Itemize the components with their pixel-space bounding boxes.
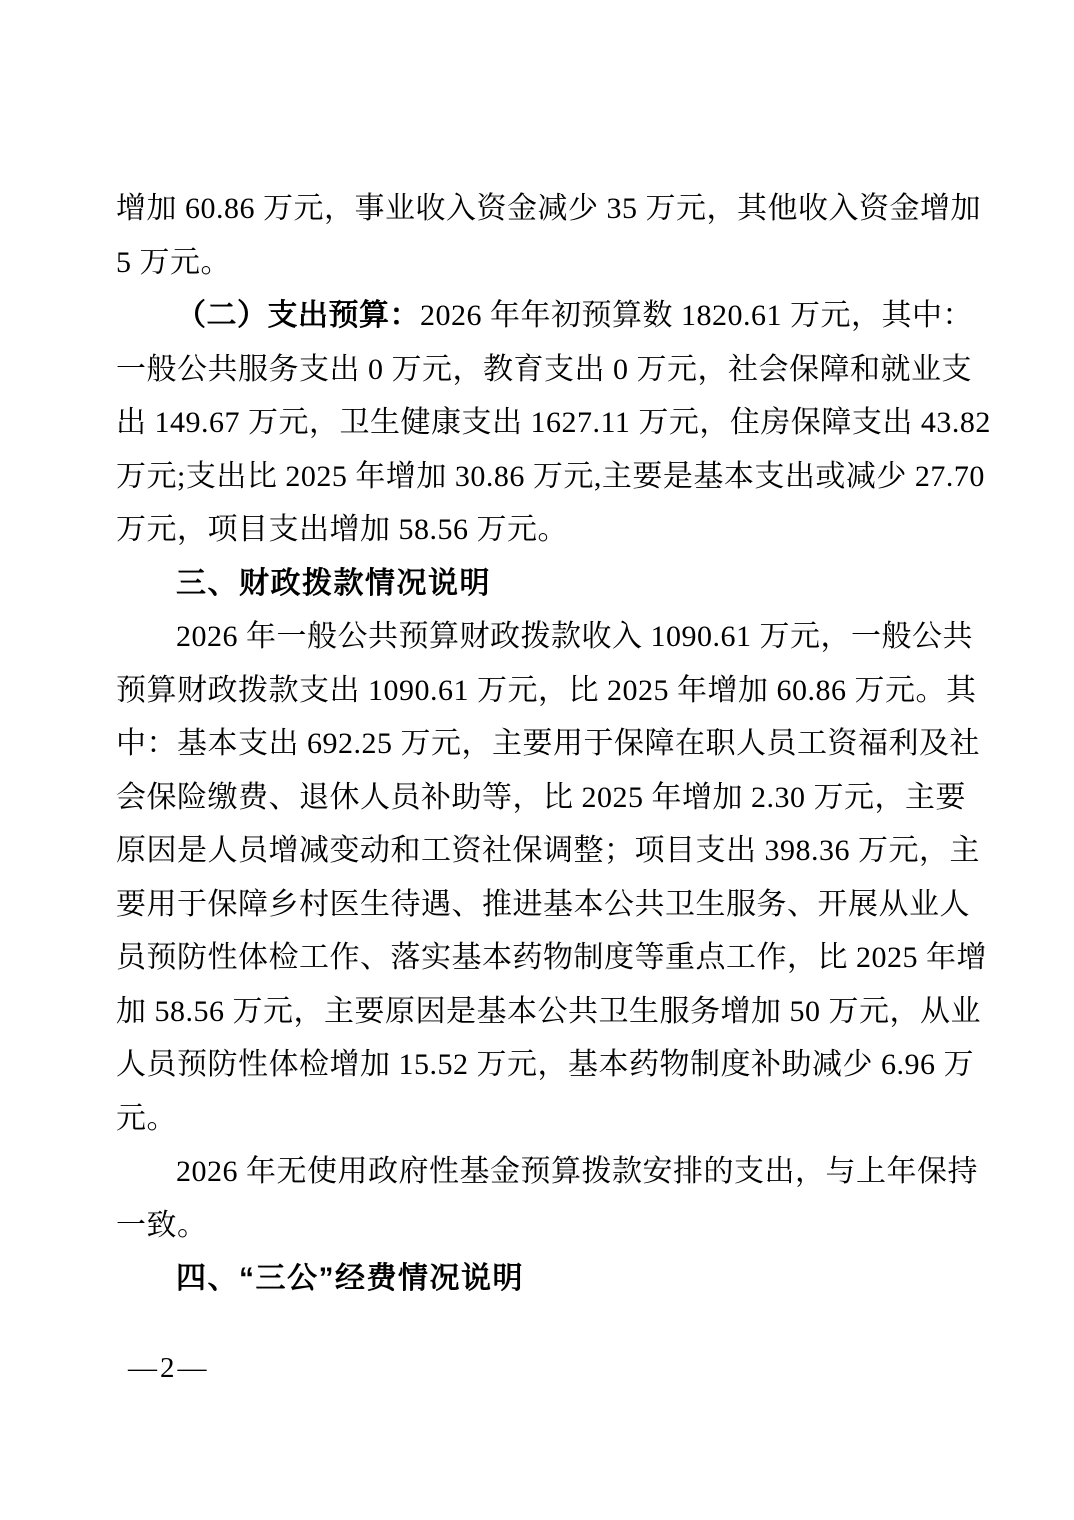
page-number: —2— xyxy=(128,1347,210,1389)
document-page: 增加 60.86 万元，事业收入资金减少 35 万元，其他收入资金增加5 万元。… xyxy=(0,0,1074,1520)
text-line: 加 58.56 万元，主要原因是基本公共卫生服务增加 50 万元，从业 xyxy=(116,985,952,1039)
text-line: 人员预防性体检增加 15.52 万元，基本药物制度补助减少 6.96 万 xyxy=(116,1038,952,1092)
paragraph-text: 2026 年年初预算数 1820.61 万元，其中： xyxy=(420,299,973,332)
text-line: 万元，项目支出增加 58.56 万元。 xyxy=(116,503,952,557)
text-line: 2026 年一般公共预算财政拨款收入 1090.61 万元，一般公共 xyxy=(116,610,952,664)
paragraph-lead: （二）支出预算： xyxy=(176,299,420,332)
text-line: 万元;支出比 2025 年增加 30.86 万元,主要是基本支出或减少 27.7… xyxy=(116,450,952,504)
text-line: （二）支出预算：2026 年年初预算数 1820.61 万元，其中： xyxy=(116,289,952,343)
text-line: 出 149.67 万元，卫生健康支出 1627.11 万元，住房保障支出 43.… xyxy=(116,396,952,450)
text-line: 5 万元。 xyxy=(116,236,952,290)
text-line: 要用于保障乡村医生待遇、推进基本公共卫生服务、开展从业人 xyxy=(116,878,952,932)
text-line: 员预防性体检工作、落实基本药物制度等重点工作，比 2025 年增 xyxy=(116,931,952,985)
text-line: 一般公共服务支出 0 万元，教育支出 0 万元，社会保障和就业支 xyxy=(116,343,952,397)
section-heading: 三、财政拨款情况说明 xyxy=(116,557,952,611)
text-line: 一致。 xyxy=(116,1199,952,1253)
document-body: 增加 60.86 万元，事业收入资金减少 35 万元，其他收入资金增加5 万元。… xyxy=(116,182,952,1306)
text-line: 元。 xyxy=(116,1092,952,1146)
text-line: 中：基本支出 692.25 万元，主要用于保障在职人员工资福利及社 xyxy=(116,717,952,771)
text-line: 会保险缴费、退休人员补助等，比 2025 年增加 2.30 万元，主要 xyxy=(116,771,952,825)
section-heading: 四、“三公”经费情况说明 xyxy=(116,1252,952,1306)
text-line: 原因是人员增减变动和工资社保调整；项目支出 398.36 万元，主 xyxy=(116,824,952,878)
text-line: 预算财政拨款支出 1090.61 万元，比 2025 年增加 60.86 万元。… xyxy=(116,664,952,718)
text-line: 2026 年无使用政府性基金预算拨款安排的支出，与上年保持 xyxy=(116,1145,952,1199)
text-line: 增加 60.86 万元，事业收入资金减少 35 万元，其他收入资金增加 xyxy=(116,182,952,236)
